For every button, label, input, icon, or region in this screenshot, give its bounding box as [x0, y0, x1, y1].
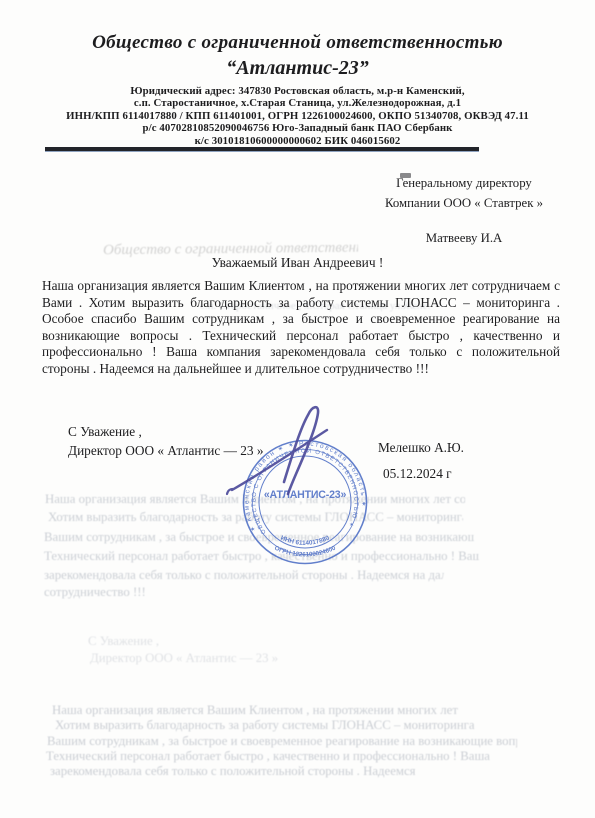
ghost-closing-echo: С Уважение ,	[88, 634, 198, 649]
letter-document: Общество с ограниченной ответственностью…	[0, 0, 595, 818]
round-stamp-icon: ✶ Каменский район ✶ ✶ Ростовская область…	[221, 417, 378, 573]
address-line: к/с 30101810600000000602 БИК 046015602	[0, 135, 595, 147]
address-line: с.п. Старостаничное, х.Старая Станица, у…	[0, 97, 595, 109]
ghost-position-echo: Директор ООО « Атлантис — 23 »	[90, 651, 310, 666]
ghost-text-line: Технический персонал работает быстро , к…	[46, 749, 496, 764]
svg-text:ИНН 6114017880: ИНН 6114017880	[279, 534, 330, 547]
letterhead-divider-rule	[45, 147, 479, 152]
ghost-text-line: Наша организация является Вашим Клиентом…	[52, 703, 492, 718]
company-stamp-and-signature: ✶ Каменский район ✶ ✶ Ростовская область…	[170, 388, 395, 573]
address-line: Юридический адрес: 347830 Ростовская обл…	[0, 85, 595, 97]
salutation: Уважаемый Иван Андреевич !	[0, 255, 595, 271]
address-line: ИНН/КПП 6114017880 / КПП 611401001, ОГРН…	[0, 110, 595, 122]
ghost-text-line: зарекомендовала себя только с положитель…	[50, 764, 430, 779]
ghost-text-line: сотрудничество !!!	[44, 585, 204, 600]
recipient-person: Матвееву И.А	[378, 231, 550, 246]
closing-phrase: С Уважение ,	[68, 424, 142, 440]
letter-body: Наша организация является Вашим Клиентом…	[42, 278, 560, 377]
address-line: р/с 40702810852090046756 Юго-Западный ба…	[0, 122, 595, 134]
recipient-company: Компании ООО « Ставтрек »	[378, 196, 550, 211]
org-type-heading: Общество с ограниченной ответственностью	[0, 32, 595, 54]
letterhead-address-block: Юридический адрес: 347830 Ростовская обл…	[0, 85, 595, 147]
ghost-text-line: Хотим выразить благодарность за работу с…	[55, 718, 500, 733]
stamp-center-text: «АТЛАНТИС-23»	[264, 489, 347, 501]
stamp-inn-text: ИНН 6114017880	[279, 534, 330, 547]
ghost-text-line: Вашим сотрудникам , за быстрое и своевре…	[47, 734, 517, 749]
recipient-title: Генеральному директору	[378, 176, 550, 191]
org-name-heading: “Атлантис-23”	[0, 57, 595, 80]
